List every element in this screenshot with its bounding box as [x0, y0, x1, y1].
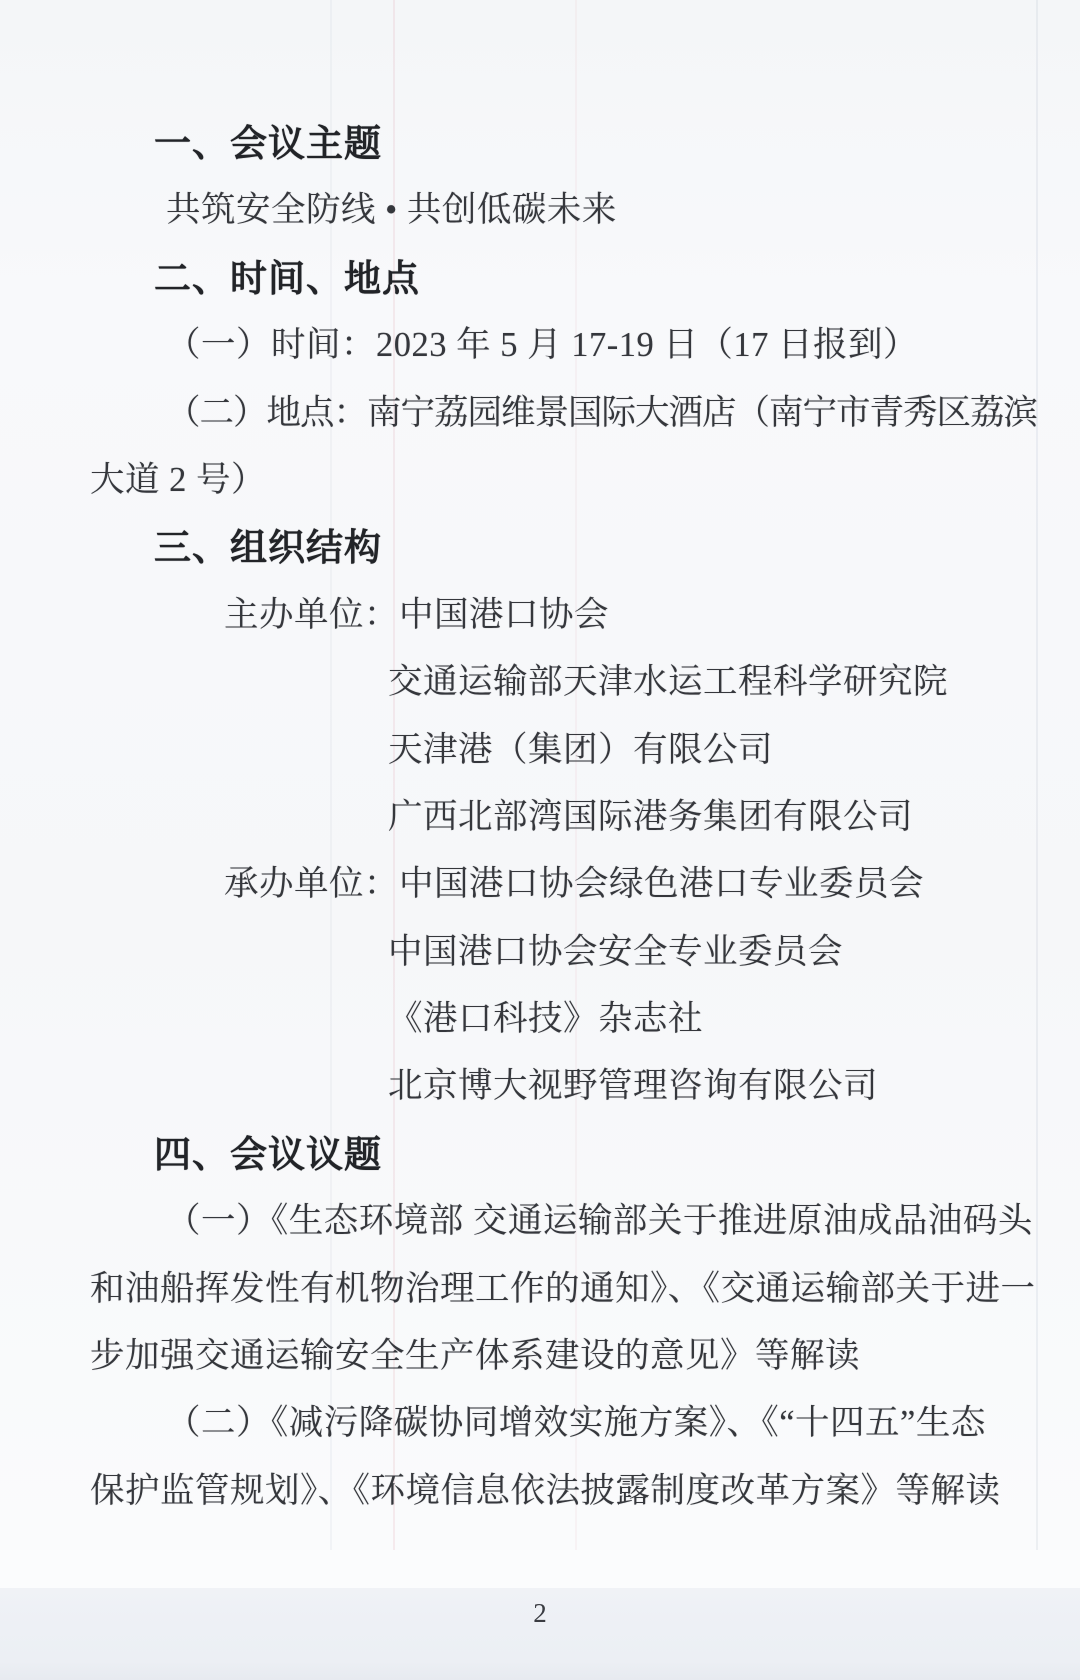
host-unit-line-1: 主办单位：中国港口协会	[90, 582, 1022, 649]
host-unit-line-3: 天津港（集团）有限公司	[90, 717, 1022, 784]
page-number: 2	[0, 1593, 1080, 1633]
organizer-unit-line-3: 《港口科技》杂志社	[90, 986, 1022, 1053]
organizer-unit-line-4: 北京博大视野管理咨询有限公司	[90, 1053, 1022, 1120]
time-line: （一）时间：2023 年 5 月 17-19 日（17 日报到）	[90, 312, 1022, 379]
heading-agenda: 四、会议议题	[90, 1121, 1022, 1188]
scan-band-light	[0, 1550, 1080, 1588]
agenda-item-1-line-2: 和油船挥发性有机物治理工作的通知》、《交通运输部关于进一	[90, 1256, 1022, 1323]
heading-meeting-theme: 一、会议主题	[90, 110, 1022, 177]
location-line-2: 大道 2 号）	[90, 447, 1022, 514]
location-line-1: （二）地点：南宁荔园维景国际大酒店（南宁市青秀区荔滨	[90, 380, 1022, 447]
heading-organization: 三、组织结构	[90, 514, 1022, 581]
host-unit-line-2: 交通运输部天津水运工程科学研究院	[90, 649, 1022, 716]
scan-streak	[1036, 0, 1038, 1680]
agenda-item-1-line-1: （一）《生态环境部 交通运输部关于推进原油成品油码头	[90, 1188, 1022, 1255]
heading-time-location: 二、时间、地点	[90, 245, 1022, 312]
organizer-unit-line-1: 承办单位：中国港口协会绿色港口专业委员会	[90, 851, 1022, 918]
host-unit-line-4: 广西北部湾国际港务集团有限公司	[90, 784, 1022, 851]
organizer-unit-line-2: 中国港口协会安全专业委员会	[90, 919, 1022, 986]
agenda-item-2-line-2: 保护监管规划》、《环境信息依法披露制度改革方案》等解读	[90, 1458, 1022, 1525]
scanned-document-page: 一、会议主题 共筑安全防线 • 共创低碳未来 二、时间、地点 （一）时间：202…	[0, 0, 1080, 1680]
meeting-theme-text: 共筑安全防线 • 共创低碳未来	[90, 177, 1022, 244]
agenda-item-1-line-3: 步加强交通运输安全生产体系建设的意见》等解读	[90, 1323, 1022, 1390]
document-body: 一、会议主题 共筑安全防线 • 共创低碳未来 二、时间、地点 （一）时间：202…	[90, 110, 1022, 1525]
agenda-item-2-line-1: （二）《减污降碳协同增效实施方案》、《“十四五”生态	[90, 1390, 1022, 1457]
